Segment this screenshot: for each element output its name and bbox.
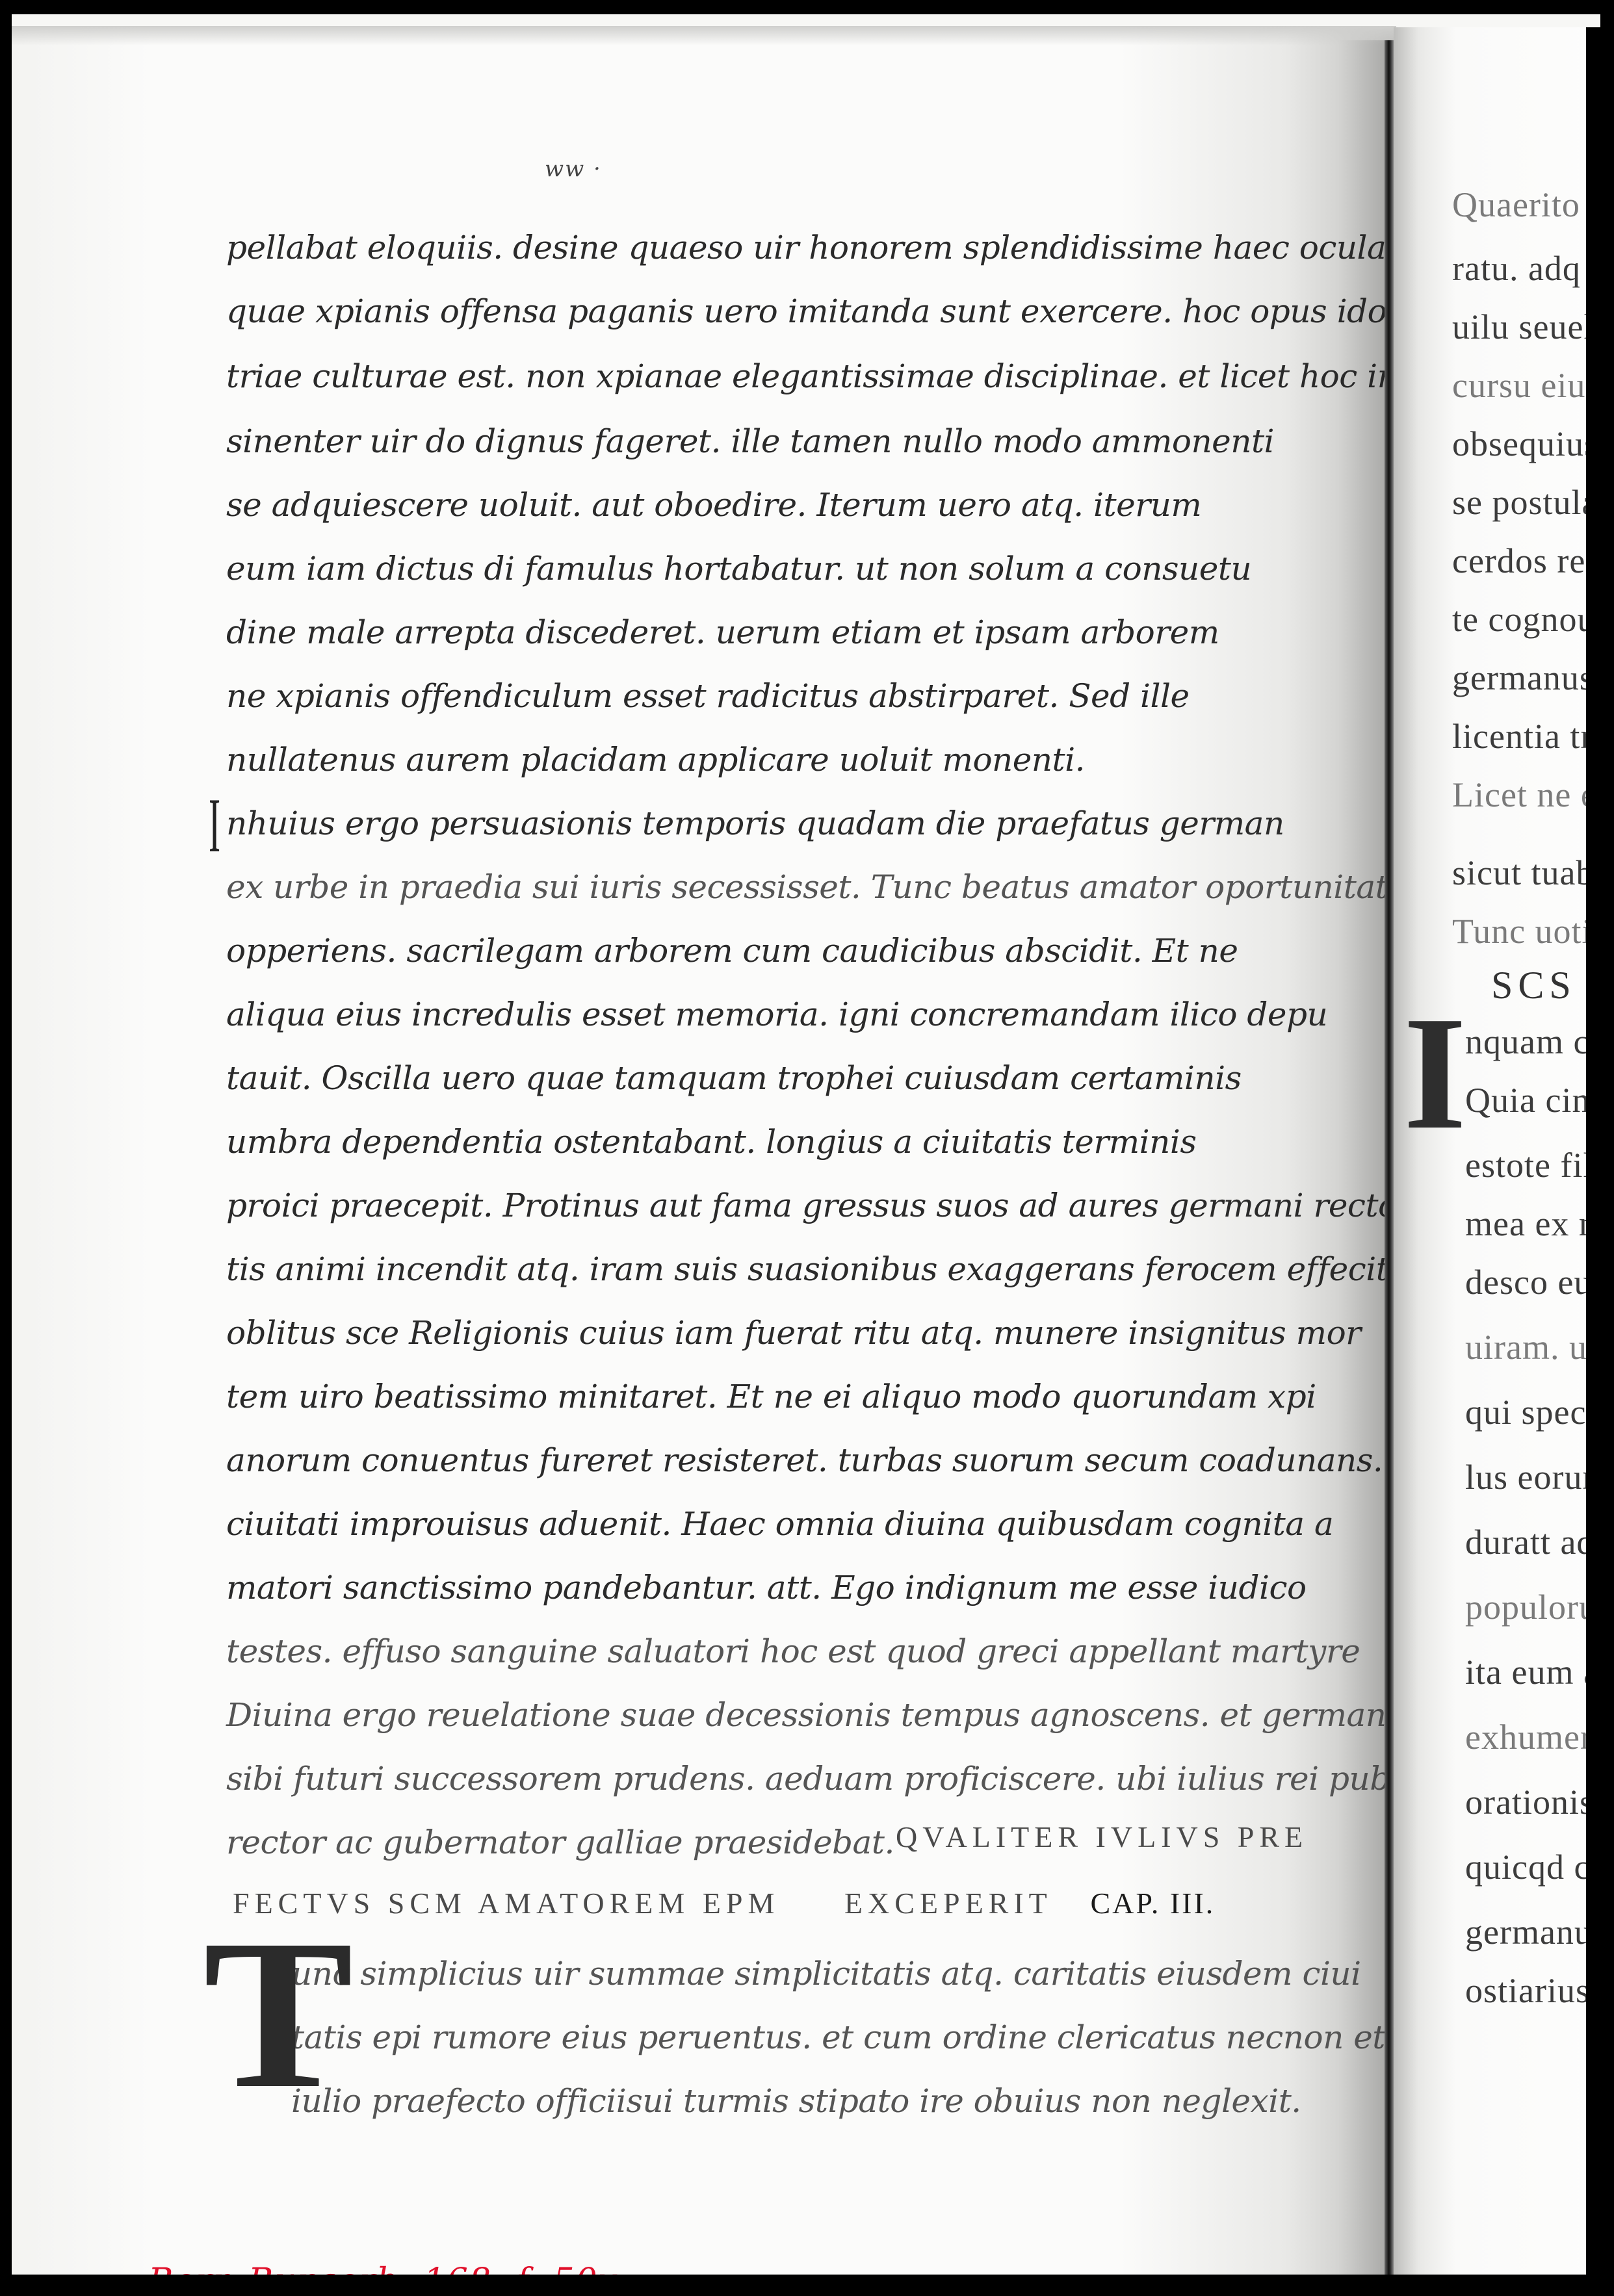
right-text-line: germanu: [1465, 1912, 1593, 1952]
text-line: ciuitati improuisus aduenit. Haec omnia …: [226, 1505, 1333, 1543]
right-text-line: qui speculu: [1465, 1392, 1600, 1432]
drop-capital-T: T: [203, 1907, 353, 2122]
marginal-initial: I: [209, 786, 220, 864]
right-text-line: cerdos reue: [1452, 541, 1600, 581]
text-line: eum iam dictus di famulus hortabatur. ut…: [226, 550, 1251, 587]
right-text-line: Licet ne esti: [1452, 775, 1600, 815]
right-text-line: licentia tri: [1452, 716, 1600, 756]
right-text-line: obsequius: [1452, 424, 1598, 464]
right-text-line: ostiarius: [1465, 1970, 1590, 2011]
text-line: aliqua eius incredulis esset memoria. ig…: [226, 996, 1327, 1033]
right-text-line: Tunc uoti: [1452, 911, 1593, 951]
right-drop-capital-I: I: [1403, 992, 1466, 1155]
text-line: oblitus sce Religionis cuius iam fuerat …: [226, 1314, 1361, 1352]
right-text-line: te cognoui: [1452, 599, 1600, 639]
right-text-line: germanus: [1452, 658, 1594, 698]
text-line: iulio praefecto officiisui turmis stipat…: [291, 2082, 1301, 2120]
right-text-line: estote filu: [1465, 1145, 1600, 1185]
top-mark: ww ·: [545, 156, 602, 182]
right-text-line: nquam ci: [1465, 1022, 1600, 1062]
text-line: tauit. Oscilla uero quae tamquam trophei…: [226, 1059, 1242, 1097]
right-text-line: quicqd ca: [1465, 1847, 1600, 1887]
right-text-line: cursu eius: [1452, 365, 1600, 406]
text-line: tis animi incendit atq. iram suis suasio…: [226, 1250, 1494, 1288]
text-line: anorum conuentus fureret resisteret. tur…: [226, 1441, 1383, 1479]
text-line: quae xpianis offensa paganis uero imitan…: [226, 292, 1416, 330]
text-line: sinenter uir do dignus fageret. ille tam…: [226, 422, 1274, 460]
right-text-line: sicut tuab: [1452, 853, 1594, 893]
text-line: testes. effuso sanguine saluatori hoc es…: [226, 1632, 1360, 1670]
text-line: opperiens. sacrilegam arborem cum caudic…: [226, 932, 1238, 970]
right-text-line: exhumer: [1465, 1717, 1593, 1757]
text-line: pellabat eloquiis. desine quaeso uir hon…: [226, 229, 1446, 266]
text-line: dine male arrepta discederet. uerum etia…: [226, 613, 1219, 651]
right-folio: I Quaerito ratu. adq uilu seuel cursu ei…: [1394, 27, 1600, 2275]
right-text-line: uilu seuel: [1452, 307, 1594, 347]
chapter-label: CAP. III.: [1090, 1887, 1215, 1920]
book-gutter: [1385, 40, 1394, 2275]
text-line: triae culturae est. non xpianae eleganti…: [226, 357, 1437, 395]
text-line: rector ac gubernator galliae praesidebat…: [226, 1824, 894, 1861]
rubric-title-line1: QVALITER IVLIVS PRE: [896, 1820, 1308, 1854]
rubric-line2-cont: EXCEPERIT: [844, 1887, 1052, 1920]
text-line: matori sanctissimo pandebantur. att. Ego…: [226, 1569, 1307, 1606]
text-line: sibi futuri successorem prudens. aeduam …: [226, 1760, 1466, 1798]
text-line: nullatenus aurem placidam applicare uolu…: [226, 741, 1085, 779]
text-line: tatis epi rumore eius peruentus. et cum …: [291, 2019, 1464, 2056]
text-line: se adquiescere uoluit. aut oboedire. Ite…: [226, 486, 1201, 524]
right-text-line: Quia cine: [1465, 1080, 1600, 1120]
right-text-line: Quaerito: [1452, 185, 1580, 225]
text-line: Diuina ergo reuelatione suae decessionis…: [226, 1696, 1437, 1734]
right-text-line: SCS GE: [1491, 963, 1600, 1008]
right-text-line: se postulat: [1452, 482, 1600, 522]
right-text-line: ita eum allo: [1465, 1652, 1600, 1692]
text-line: ex urbe in praedia sui iuris secessisset…: [226, 868, 1414, 906]
right-text-line: lus eorum e: [1465, 1457, 1600, 1497]
manuscript-frame: ww · I pellabat eloquiis. desine quaeso …: [12, 14, 1600, 2275]
right-text-line: uiram. uca: [1465, 1327, 1600, 1367]
right-text-line: orationis.: [1465, 1782, 1600, 1822]
right-text-line: desco eu: [1465, 1262, 1592, 1302]
text-line: unc simplicius uir summae simplicitatis …: [291, 1955, 1361, 1993]
right-text-line: populorum: [1465, 1587, 1600, 1627]
text-line: ne xpianis offendiculum esset radicitus …: [226, 677, 1190, 715]
right-text-line: mea ex men: [1465, 1204, 1600, 1244]
right-text-line: ratu. adq: [1452, 248, 1581, 289]
right-border: [1586, 27, 1600, 2275]
rubric-title-line2: FECTVS SCM AMATOREM EPM EXCEPERIT CAP. I…: [233, 1886, 1215, 1920]
shelfmark-annotation: Bern Burgerb. 168, f. 50v: [148, 2262, 619, 2275]
text-line: umbra dependentia ostentabant. longius a…: [226, 1123, 1196, 1161]
left-folio: ww · I pellabat eloquiis. desine quaeso …: [12, 26, 1396, 2275]
text-line: tem uiro beatissimo minitaret. Et ne ei …: [226, 1378, 1316, 1415]
text-line: nhuius ergo persuasionis temporis quadam…: [226, 805, 1284, 842]
right-text-line: duratt ad: [1465, 1522, 1594, 1562]
